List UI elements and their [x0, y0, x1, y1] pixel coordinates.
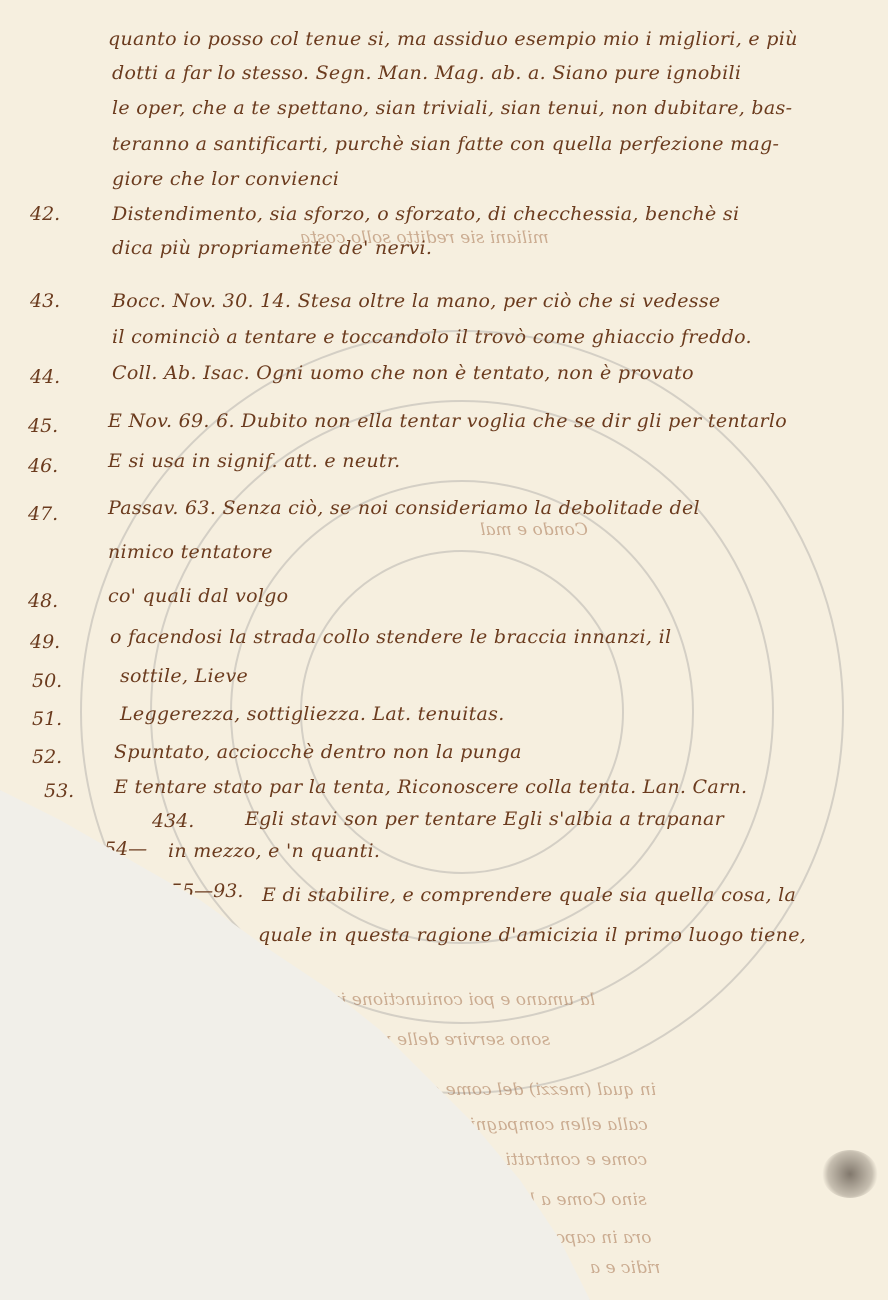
text-line: dica più propriamente de' nervi. [112, 237, 432, 259]
text-line: o facendosi la strada collo stendere le … [110, 626, 671, 648]
text-line: le oper, che a te spettano, sian trivial… [112, 97, 792, 119]
text-line: Egli stavi son per tentare Egli s'albia … [245, 808, 724, 830]
text-line: E di stabilire, e comprendere quale sia … [262, 884, 796, 906]
entry-number: 46. [28, 455, 58, 477]
text-line: dotti a far lo stesso. Segn. Man. Mag. a… [112, 62, 741, 84]
text-line: nimico tentatore [108, 541, 273, 563]
text-line: quanto io posso col tenue si, ma assiduo… [108, 28, 798, 50]
text-line: il cominciò a tentare e toccandolo il tr… [112, 326, 752, 348]
entry-number: 48. [28, 590, 58, 612]
text-line: Leggerezza, sottigliezza. Lat. tenuitas. [120, 703, 505, 725]
text-line: sottile, Lieve [120, 665, 248, 687]
text-line: E tentare stato par la tenta, Riconoscer… [114, 776, 747, 798]
entry-number: 55—93. [170, 880, 243, 902]
text-line: in mezzo, e 'n quanti. [168, 840, 380, 862]
text-line: E si usa in signif. att. e neutr. [108, 450, 400, 472]
entry-number: 434. [152, 810, 194, 832]
entry-number: 54— [104, 838, 147, 860]
manuscript-page: miliani sie reditto sollo costa Condo e … [0, 0, 888, 1300]
entry-number: 51. [32, 708, 62, 730]
text-line: co' quali dal volgo [108, 585, 288, 607]
text-line: quale in questa ragione d'amicizia il pr… [258, 924, 806, 946]
text-line: Bocc. Nov. 30. 14. Stesa oltre la mano, … [112, 290, 720, 312]
entry-number: 42. [30, 203, 60, 225]
entry-number: 52. [32, 746, 62, 768]
entry-number: 49. [30, 631, 60, 653]
text-line: Spuntato, acciocchè dentro non la punga [114, 741, 522, 763]
text-line: teranno a santificarti, purchè sian fatt… [112, 133, 779, 155]
entry-number: 50. [32, 670, 62, 692]
entry-number: 43. [30, 290, 60, 312]
text-line: Coll. Ab. Isac. Ogni uomo che non è tent… [112, 362, 694, 384]
entry-number: 45. [28, 415, 58, 437]
entry-number: 44. [30, 366, 60, 388]
text-line: E Nov. 69. 6. Dubito non ella tentar vog… [108, 410, 787, 432]
text-line: giore che lor convienci [112, 168, 339, 190]
ink-smudge [822, 1150, 878, 1198]
entry-number: 53. [44, 780, 74, 802]
text-line: Distendimento, sia sforzo, o sforzato, d… [112, 203, 739, 225]
entry-number: 47. [28, 503, 58, 525]
text-line: Passav. 63. Senza ciò, se noi consideria… [108, 497, 700, 519]
